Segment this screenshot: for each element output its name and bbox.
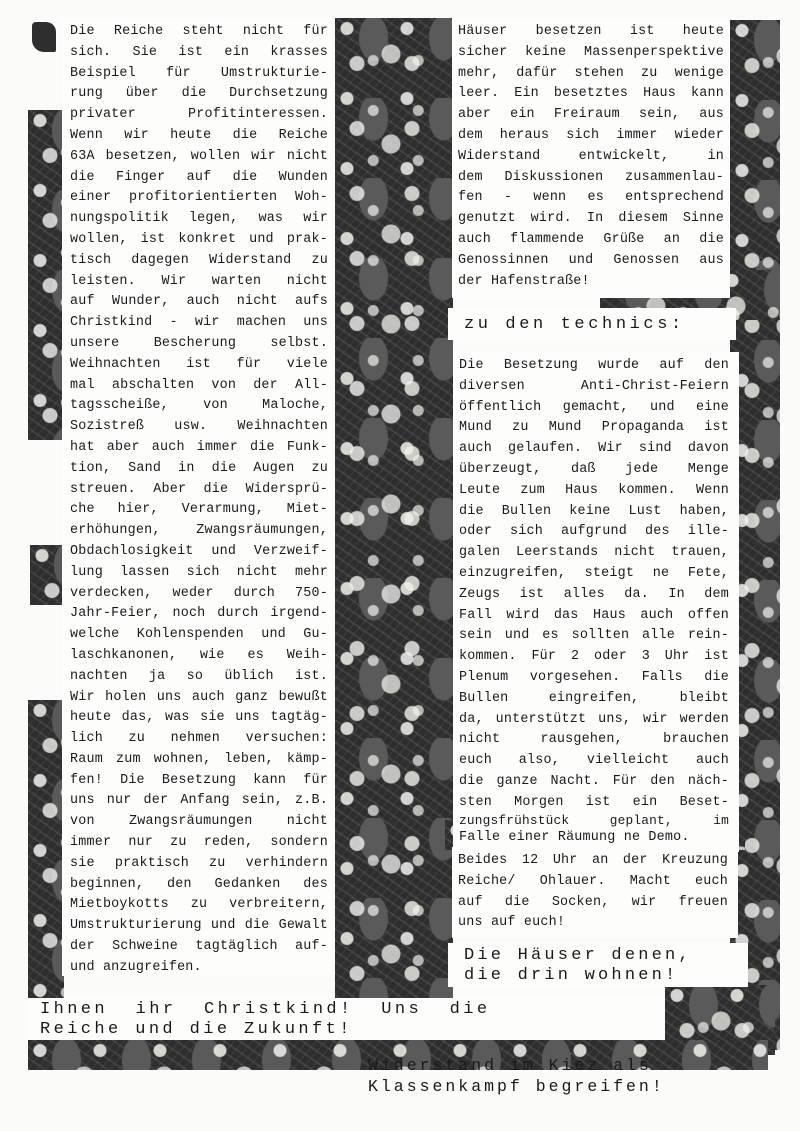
slogan-line: Widerstand im Kiez als <box>368 1055 756 1076</box>
text-line: Beispiel für Umstrukturie- <box>70 64 328 85</box>
left-column-text: Die Reiche steht nicht fürsich. Sie ist … <box>62 18 334 976</box>
text-line: leer. Ein besetztes Haus kann <box>458 84 724 105</box>
text-line: Bullen eingreifen, bleibt <box>459 689 729 710</box>
text-line: Leute zum Haus kommen. Wenn <box>459 481 729 502</box>
text-line: privater Profitinteressen. <box>70 105 328 126</box>
text-line: nachten ja so üblich ist. <box>70 667 328 688</box>
text-line: immer nur zu reden, sondern <box>70 833 328 854</box>
text-line: fen! Die Besetzung kann für <box>70 771 328 792</box>
text-line: überzeugt, daß jede Menge <box>459 460 729 481</box>
slogan-line: die drin wohnen! <box>464 966 738 986</box>
text-line: Fall wird das Haus auch offen <box>459 606 729 627</box>
text-line: Beides 12 Uhr an der Kreuzung <box>458 851 728 872</box>
text-line: Raum zum wohnen, leben, kämp- <box>70 750 328 771</box>
text-line: auch flammende Grüße an die <box>458 230 724 251</box>
text-line: sten Morgen ist ein Beset- <box>459 793 729 814</box>
text-line: Wir holen uns auch ganz bewußt <box>70 688 328 709</box>
slogan-line: Klassenkampf begreifen! <box>368 1076 756 1097</box>
text-line: auf Wunder, auch nicht aufs <box>70 292 328 313</box>
text-line: dem Diskussionen zusammenlau- <box>458 168 724 189</box>
text-line: euch also, vielleicht auch <box>459 751 729 772</box>
text-line: unsere Bescherung selbst. <box>70 334 328 355</box>
text-line: diversen Anti-Christ-Feiern <box>459 377 729 398</box>
text-line: genutzt wird. In diesem Sinne <box>458 209 724 230</box>
text-line: heute das, was sie uns tagtäg- <box>70 708 328 729</box>
text-line: Reiche/ Ohlauer. Macht euch <box>458 872 728 893</box>
text-line: der Hafenstraße! <box>458 272 724 293</box>
collage-texture-left <box>28 110 62 440</box>
text-line: aber ein Freiraum sein, aus <box>458 105 724 126</box>
text-line: sein und es sollten alle rein- <box>459 626 729 647</box>
text-line: verdecken, weder durch 750- <box>70 584 328 605</box>
text-line: fen - wenn es entsprechend <box>458 188 724 209</box>
text-line: erhöhungen, Zwangsräumungen, <box>70 521 328 542</box>
text-line: mal abschalten von der All- <box>70 376 328 397</box>
text-line: Umstrukturierung und die Gewalt <box>70 916 328 937</box>
text-line: uns nur der Anfang sein, z.B. <box>70 791 328 812</box>
text-line: Widerstand entwickelt, in <box>458 147 724 168</box>
text-line: Genossinnen und Genossen aus <box>458 251 724 272</box>
text-line: 63A besetzen, wollen wir nicht <box>70 147 328 168</box>
slogan-line: Reiche und die Zukunft! <box>40 1020 654 1040</box>
text-line: Mund zu Mund Propaganda ist <box>459 418 729 439</box>
text-line: der Schweine tagtäglich auf- <box>70 937 328 958</box>
text-line: laschkanonen, wie es Weih- <box>70 646 328 667</box>
right-top-text: Häuser besetzen ist heutesicher keine Ma… <box>452 18 730 298</box>
text-line: einzugreifen, steigt ne Fete, <box>459 564 729 585</box>
text-line: einer profitorientierten Woh- <box>70 188 328 209</box>
right-bottom-text: Beides 12 Uhr an der KreuzungReiche/ Ohl… <box>452 847 738 938</box>
text-line: Zeugs ist alles da. In dem <box>459 585 729 606</box>
text-line: nicht rausgehen, brauchen <box>459 730 729 751</box>
text-line: sie praktisch zu verhindern <box>70 854 328 875</box>
text-line: die Bullen keine Lust haben, <box>459 502 729 523</box>
text-line: die Finger auf die Wunden <box>70 168 328 189</box>
text-line: die ganze Nacht. Für den näch- <box>459 772 729 793</box>
text-line: sich. Sie ist ein krasses <box>70 43 328 64</box>
collage-texture-left <box>30 545 64 605</box>
text-line: uns auf euch! <box>458 913 728 934</box>
collage-texture-left <box>28 700 64 1000</box>
text-line: auf die Socken, wir freuen <box>458 893 728 914</box>
text-line: kommen. Für 2 oder 3 Uhr ist <box>459 647 729 668</box>
collage-texture-center <box>335 18 453 1018</box>
slogan-kiez: Widerstand im Kiez als Klassenkampf begr… <box>362 1055 762 1101</box>
leaf-ornament-icon <box>32 22 56 52</box>
text-line: zungsfrühstück geplant, im <box>459 814 729 828</box>
text-line: galen Leerstands nicht trauen, <box>459 543 729 564</box>
text-line: auch gelaufen. Wir sind davon <box>459 439 729 460</box>
text-line: Christkind - wir machen uns <box>70 313 328 334</box>
text-line: beginnen, den Gedanken des <box>70 875 328 896</box>
slogan-christkind: Ihnen ihr Christkind! Uns die Reiche und… <box>28 998 664 1040</box>
text-line: Plenum vorgesehen. Falls die <box>459 668 729 689</box>
text-line: dem heraus sich immer wieder <box>458 126 724 147</box>
text-line: Mietboykotts zu verbreitern, <box>70 895 328 916</box>
slogan-line: Ihnen ihr Christkind! Uns die <box>40 1000 654 1020</box>
text-line: tisch dagegen Widerstand zu <box>70 251 328 272</box>
technics-heading-text: zu den technics: <box>464 315 685 334</box>
text-line: nungspolitik legen, was wir <box>70 209 328 230</box>
text-line: Falle einer Räumung ne Demo. <box>459 828 729 849</box>
text-line: da, unterstützt uns, wir werden <box>459 710 729 731</box>
text-line: Jahr-Feier, noch durch irgend- <box>70 604 328 625</box>
text-line: welche Kohlenspenden und Gu- <box>70 625 328 646</box>
text-line: che hier, Verarmung, Miet- <box>70 500 328 521</box>
text-line: Die Reiche steht nicht für <box>70 22 328 43</box>
text-line: lung lassen sich nicht mehr <box>70 563 328 584</box>
text-line: leisten. Wir warten nicht <box>70 272 328 293</box>
text-line: lich zu nehmen versuchen: <box>70 729 328 750</box>
text-line: tion, Sand in die Augen zu <box>70 459 328 480</box>
text-line: Die Besetzung wurde auf den <box>459 356 729 377</box>
text-line: hat aber auch immer die Funk- <box>70 438 328 459</box>
text-line: streuen. Aber die Widersprü- <box>70 480 328 501</box>
text-line: mehr, dafür stehen zu wenige <box>458 64 724 85</box>
slogan-line: Die Häuser denen, <box>464 946 738 966</box>
right-middle-text: Die Besetzung wurde auf dendiversen Anti… <box>453 352 739 852</box>
text-line: öffentlich gemacht, und eine <box>459 398 729 419</box>
text-line: und anzugreifen. <box>70 958 328 979</box>
text-line: oder sich aufgrund des ille- <box>459 522 729 543</box>
text-line: Obdachlosigkeit und Verzweif- <box>70 542 328 563</box>
technics-heading: zu den technics: <box>448 308 736 340</box>
text-line: Wenn wir heute die Reiche <box>70 126 328 147</box>
text-line: wollen, ist konkret und prak- <box>70 230 328 251</box>
text-line: Weihnachten ist für viele <box>70 355 328 376</box>
text-line: Sozistreß usw. Weihnachten <box>70 417 328 438</box>
text-line: tagsscheiße, von Maloche, <box>70 396 328 417</box>
slogan-houses: Die Häuser denen, die drin wohnen! <box>448 943 748 987</box>
text-line: sicher keine Massenperspektive <box>458 43 724 64</box>
text-line: von Zwangsräumungen nicht <box>70 812 328 833</box>
text-line: rung über die Durchsetzung <box>70 84 328 105</box>
text-line: Häuser besetzen ist heute <box>458 22 724 43</box>
